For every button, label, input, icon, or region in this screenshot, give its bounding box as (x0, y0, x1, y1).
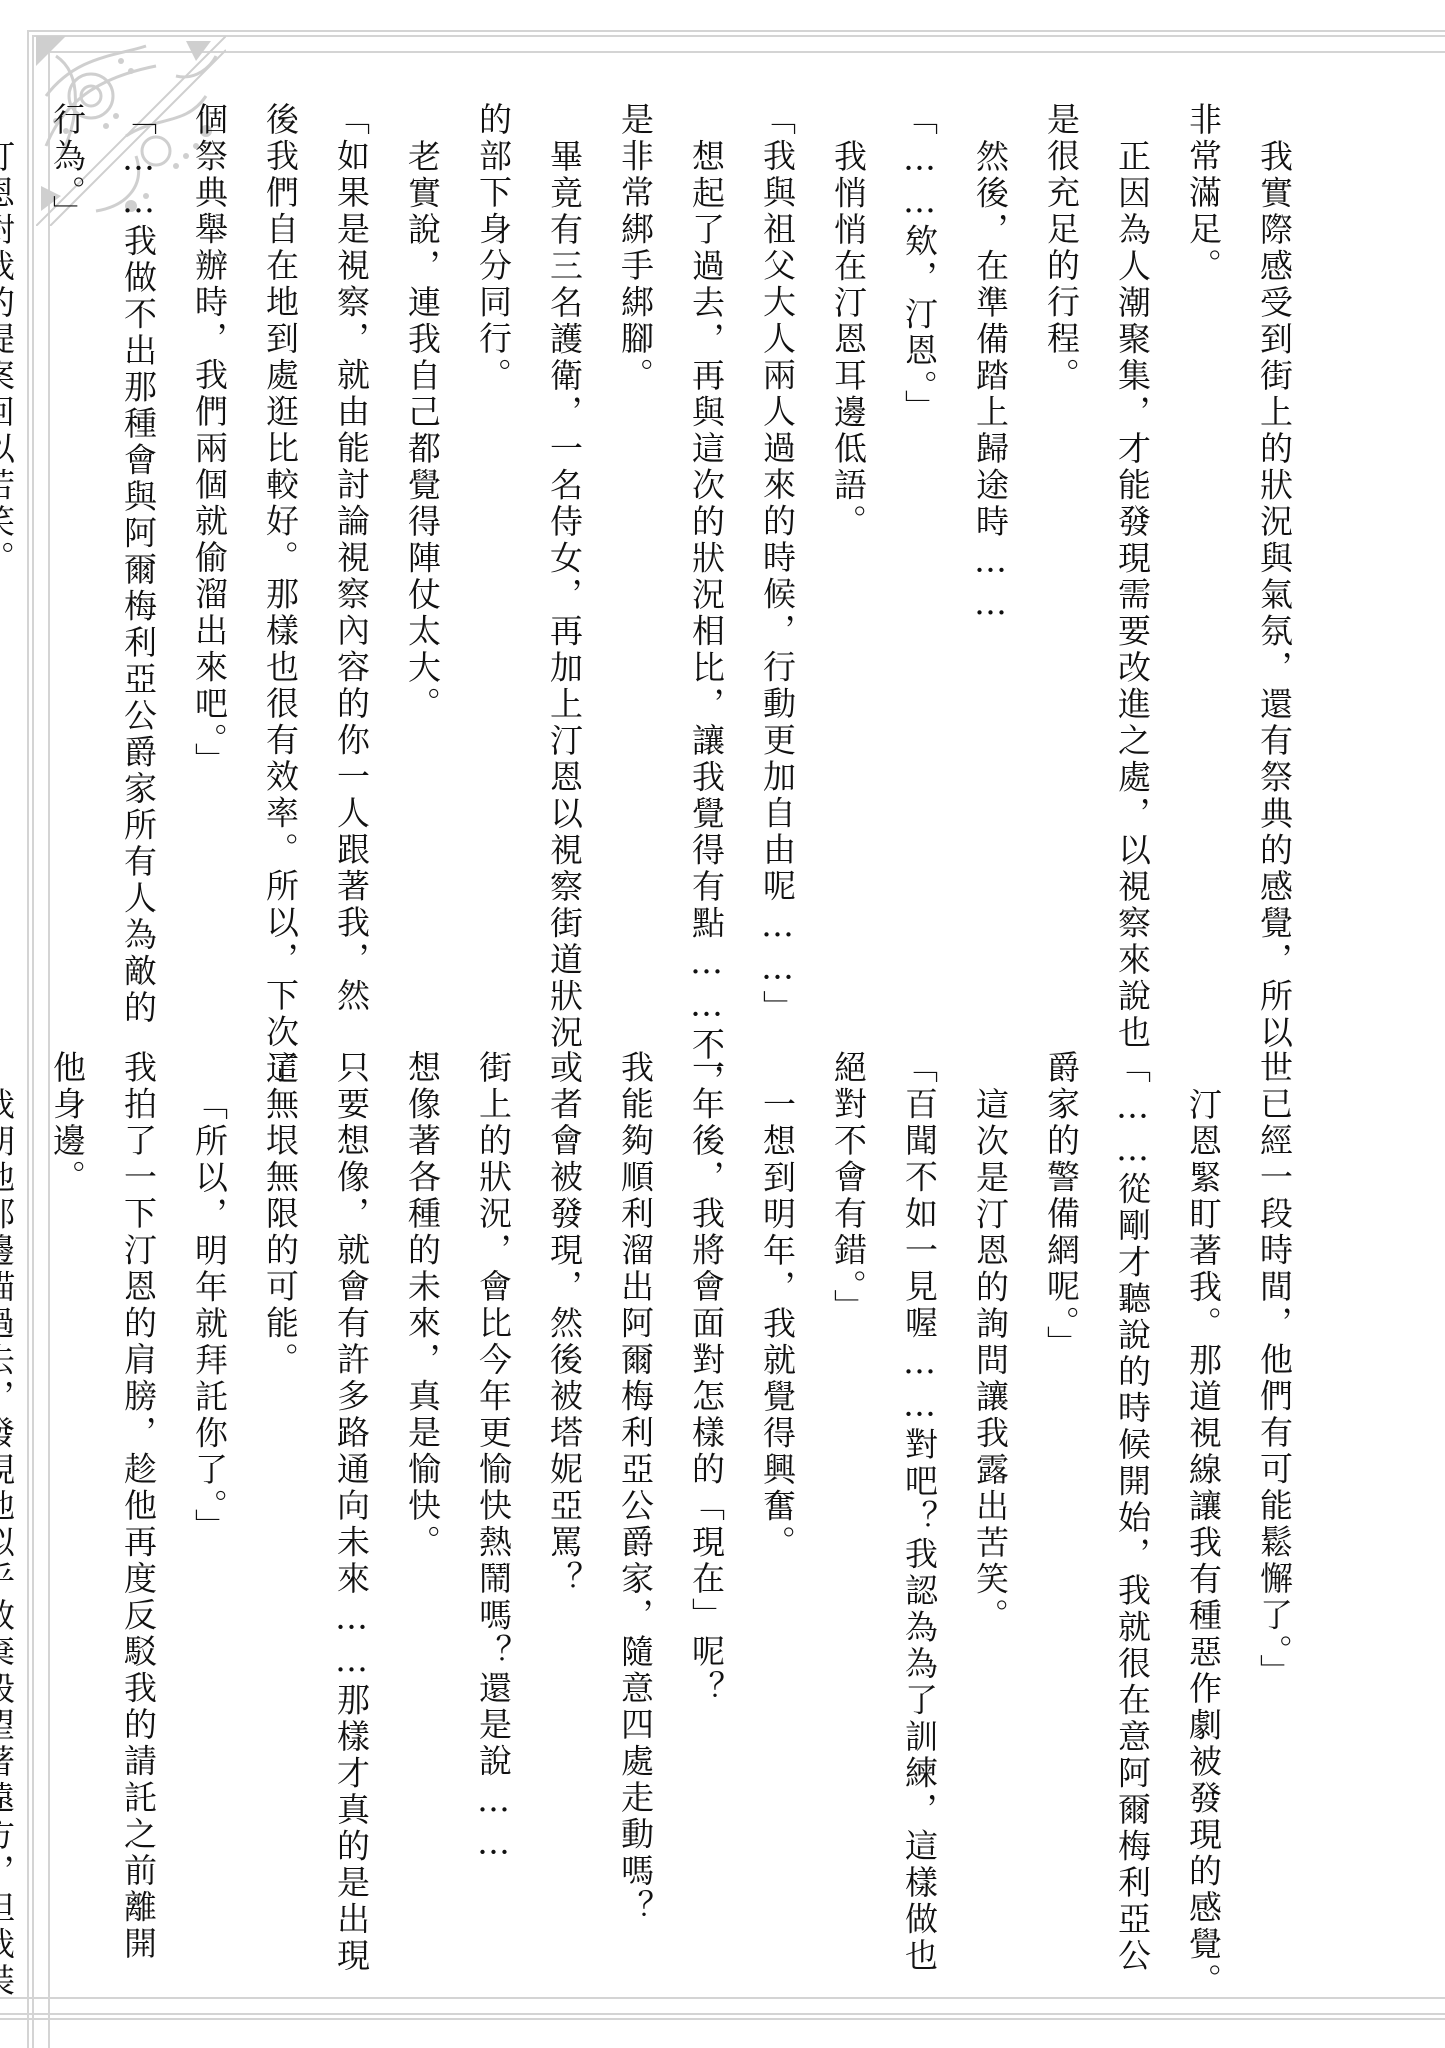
frame-top-mid (33, 35, 1445, 37)
text-column: 行為。」 (32, 102, 103, 982)
text-column: 爵家的警備網呢。」 (1026, 1050, 1097, 1950)
text-column: 是非常綁手綁腳。 (600, 102, 671, 982)
text-column: 「……我做不出那種會與阿爾梅利亞公爵家所有人為敵的 (103, 102, 174, 982)
text-column: 街上的狀況，會比今年更愉快熱鬧嗎？還是說…… (458, 1050, 529, 1950)
text-column: 世已經一段時間，他們有可能鬆懈了。」 (1239, 1050, 1310, 1950)
text-column: 一想到明年，我就覺得興奮。 (742, 1050, 813, 1950)
frame-bottom-outer (0, 2018, 1445, 2020)
text-column: 「如果是視察，就由能討論視察內容的你一人跟著我，然 (316, 102, 387, 982)
upper-text-block: 我實際感受到街上的狀況與氣氛，還有祭典的感覺，所以 非常滿足。 正因為人潮聚集，… (0, 102, 1310, 982)
text-column: 這次是汀恩的詢問讓我露出苦笑。 (955, 1050, 1026, 1950)
text-column: 非常滿足。 (1168, 102, 1239, 982)
text-column: 「我與祖父大人兩人過來的時候，行動更加自由呢……」 (742, 102, 813, 982)
text-column: 我能夠順利溜出阿爾梅利亞公爵家，隨意四處走動嗎？ (600, 1050, 671, 1950)
text-column: 一年後，我將會面對怎樣的「現在」呢？ (671, 1050, 742, 1950)
text-column: 是很充足的行程。 (1026, 102, 1097, 982)
text-column: 他身邊。 (32, 1050, 103, 1950)
text-column: 我朝他那邊瞄過去，發現他似乎放棄般望著遠方，但我裝 (0, 1050, 32, 1950)
text-column: 了無垠無限的可能。 (245, 1050, 316, 1950)
frame-bottom-inner (0, 1997, 1445, 1999)
text-column: 汀恩緊盯著我。那道視線讓我有種惡作劇被發現的感覺。 (1168, 1050, 1239, 1950)
frame-top-outer (28, 30, 1445, 32)
text-column: 後我們自在地到處逛比較好。那樣也很有效率。所以，下次這 (245, 102, 316, 982)
text-column: 想像著各種的未來，真是愉快。 (387, 1050, 458, 1950)
text-column: 「所以，明年就拜託你了。」 (174, 1050, 245, 1950)
frame-top-inner (49, 51, 1445, 53)
text-column: 老實說，連我自己都覺得陣仗太大。 (387, 102, 458, 982)
text-column: 絕對不會有錯。」 (813, 1050, 884, 1950)
text-column: 汀恩對我的提案回以苦笑。 (0, 102, 32, 982)
text-column: 「百聞不如一見喔……對吧？我認為為了訓練，這樣做也 (884, 1050, 955, 1950)
text-column: 我實際感受到街上的狀況與氣氛，還有祭典的感覺，所以 (1239, 102, 1310, 982)
frame-bottom-mid (0, 2013, 1445, 2015)
text-column: 「……從剛才聽說的時候開始，我就很在意阿爾梅利亞公 (1097, 1050, 1168, 1950)
text-column: 或者會被發現，然後被塔妮亞罵？ (529, 1050, 600, 1950)
text-column: 「……欸，汀恩。」 (884, 102, 955, 982)
text-column: 我悄悄在汀恩耳邊低語。 (813, 102, 884, 982)
text-column: 然後，在準備踏上歸途時…… (955, 102, 1026, 982)
text-column: 只要想像，就會有許多路通向未來……那樣才真的是出現 (316, 1050, 387, 1950)
text-column: 的部下身分同行。 (458, 102, 529, 982)
text-column: 我拍了一下汀恩的肩膀，趁他再度反駁我的請託之前離開 (103, 1050, 174, 1950)
text-column: 正因為人潮聚集，才能發現需要改進之處，以視察來說也 (1097, 102, 1168, 982)
text-column: 畢竟有三名護衛，一名侍女，再加上汀恩以視察街道狀況 (529, 102, 600, 982)
lower-text-block: 世已經一段時間，他們有可能鬆懈了。」 汀恩緊盯著我。那道視線讓我有種惡作劇被發現… (0, 1050, 1310, 1950)
text-column: 個祭典舉辦時，我們兩個就偷溜出來吧。」 (174, 102, 245, 982)
text-column: 想起了過去，再與這次的狀況相比，讓我覺得有點……不， (671, 102, 742, 982)
